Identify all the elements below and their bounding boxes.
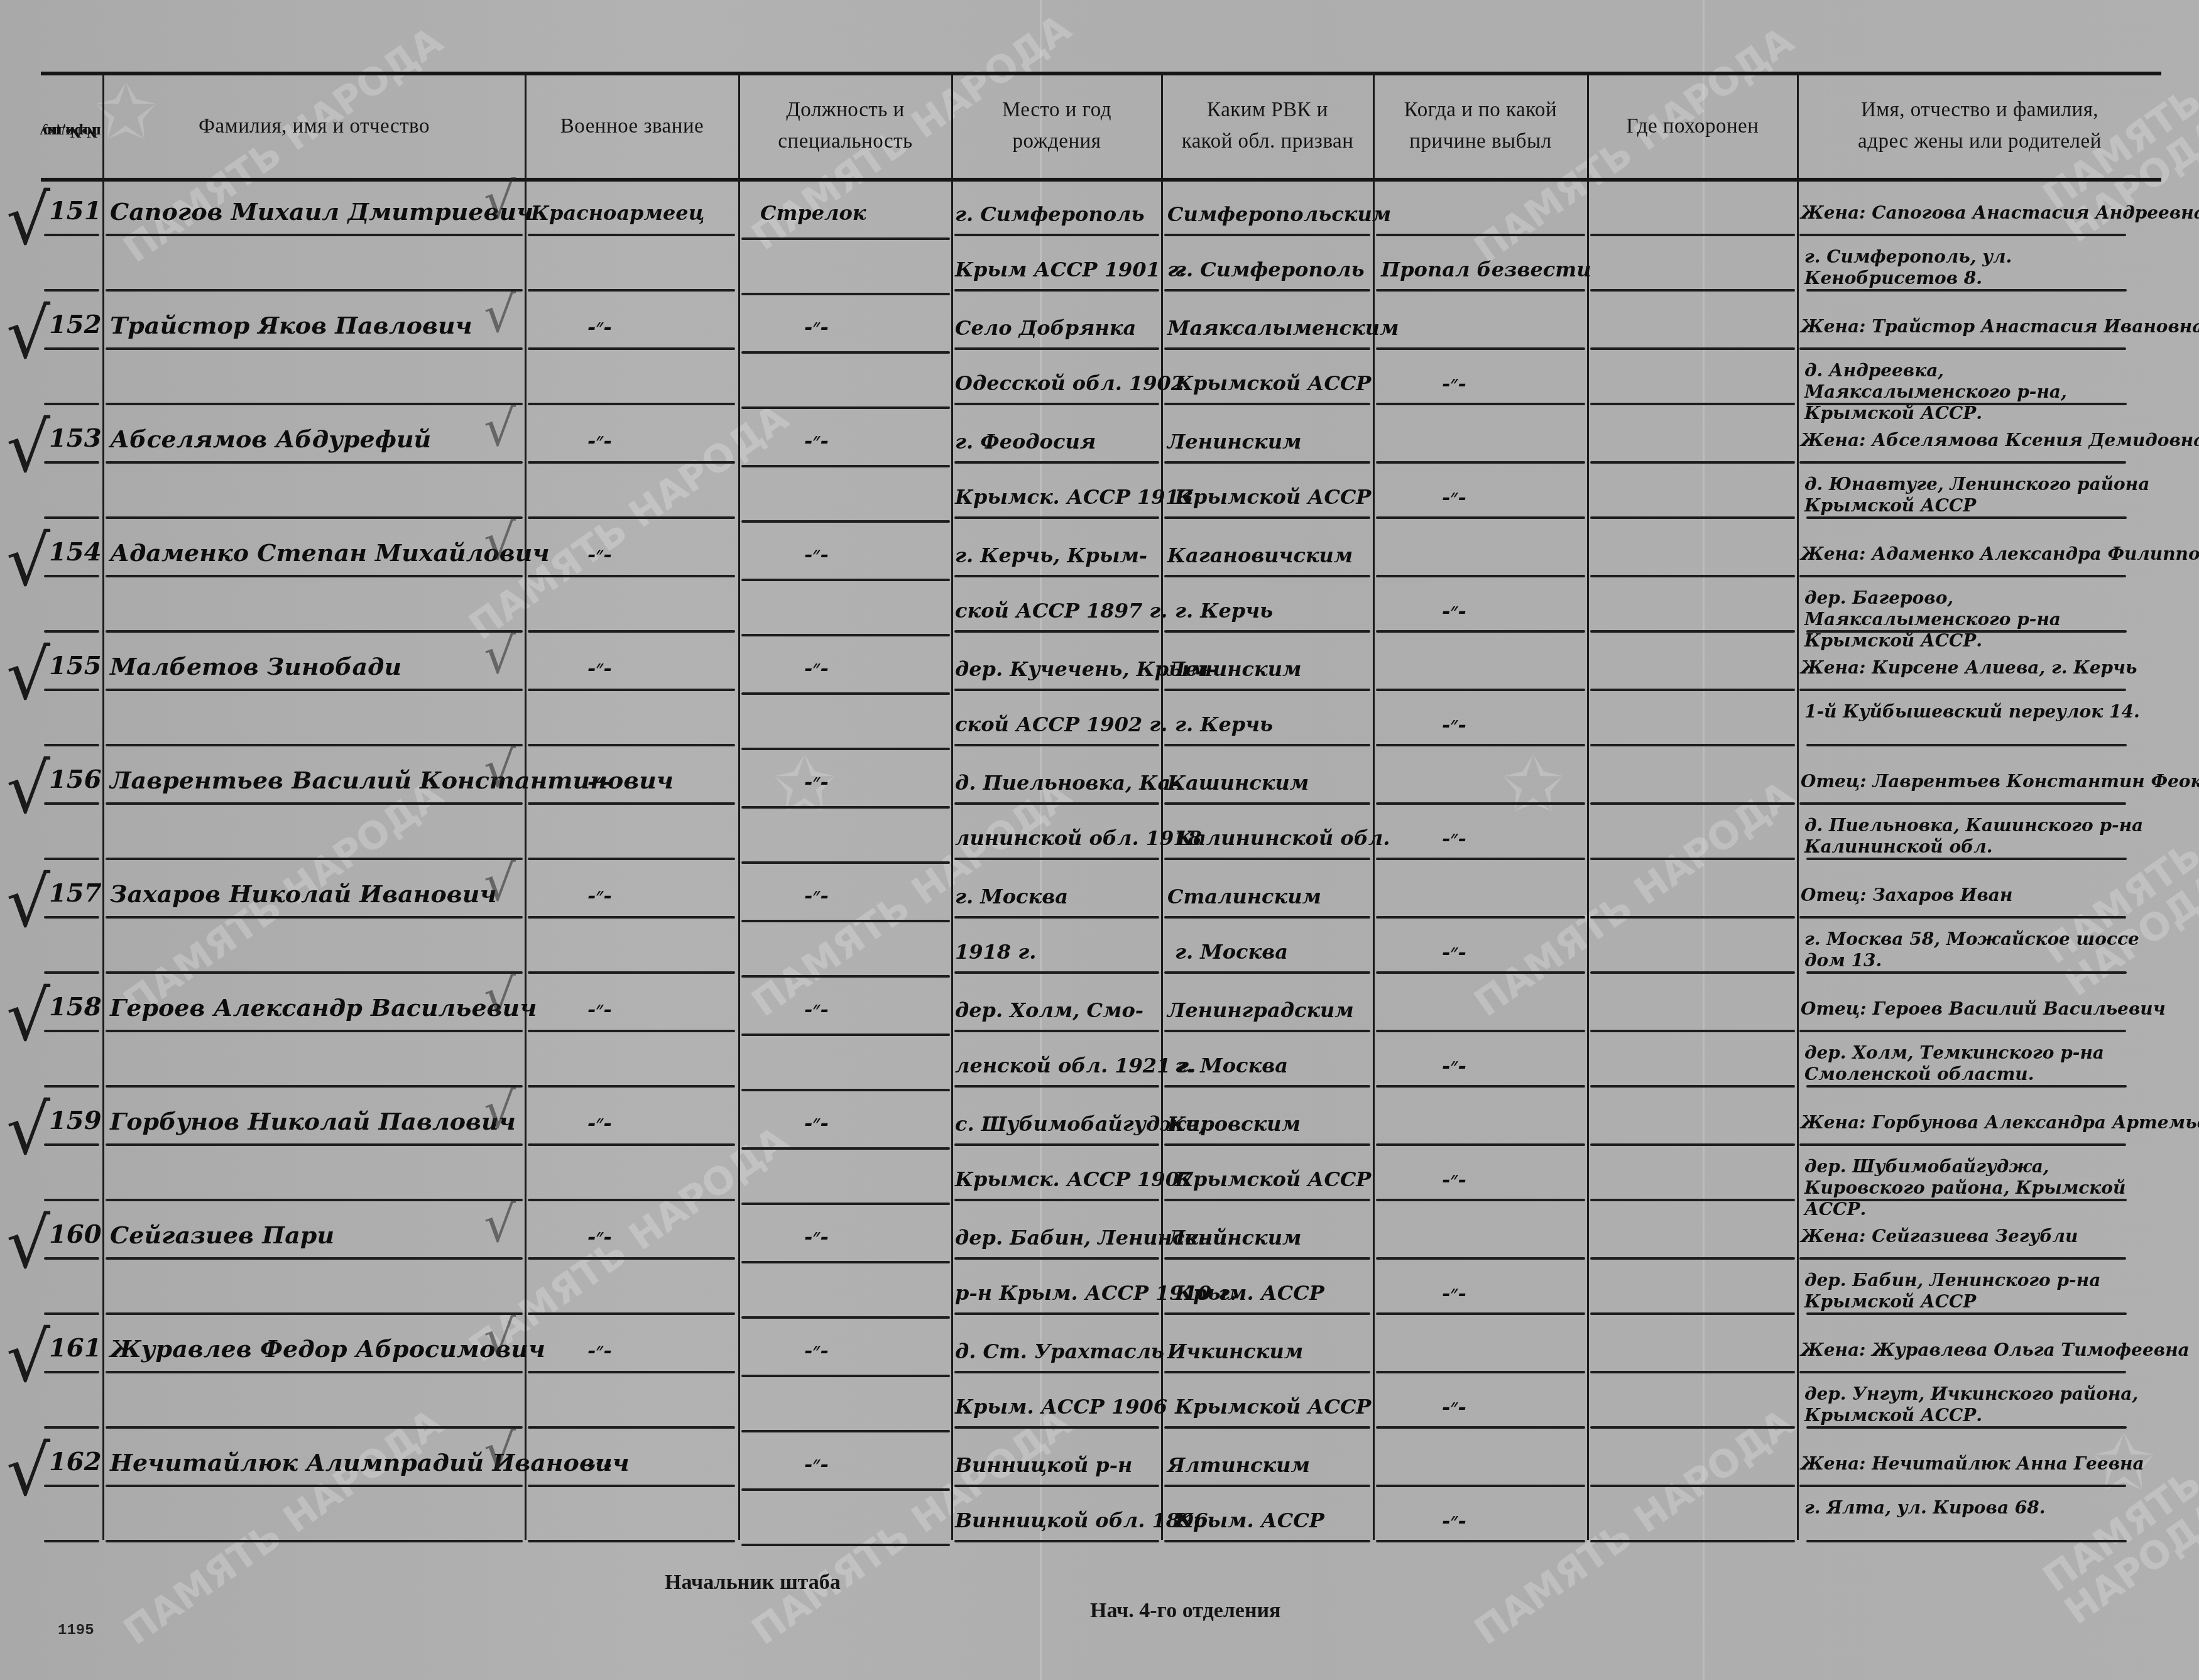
row-underline [954,516,1159,519]
checkmark-icon: √ [6,185,50,254]
row-underline [741,1034,950,1036]
row-underline [528,1485,735,1487]
row-underline [44,858,99,860]
row-underline [1799,916,2126,919]
header-rank: Военное звание [526,111,738,142]
position-value: -״- [804,542,829,566]
row-underline [1164,1371,1370,1373]
position-value: -״- [804,428,829,452]
row-underline [1376,916,1585,919]
header-num: №№ попорядку [39,94,102,170]
rank-value: -״- [587,542,612,566]
checkmark-icon: √ [484,1086,516,1136]
row-underline [741,692,950,695]
row-underline [1164,1085,1370,1088]
header-birth-l2: рождения [952,126,1161,157]
row-underline [106,971,523,974]
row-underline [106,516,523,519]
row-underline [1590,516,1795,519]
row-underline [528,916,735,919]
row-underline [741,1544,950,1546]
row-underline [44,575,99,577]
row-underline [1590,916,1795,919]
position-value: -״- [804,770,829,794]
rvk-region: Крымской АССР [1175,1167,1371,1191]
rvk-district: Кагановичским [1167,543,1353,567]
rvk-district: Ленинским [1167,430,1301,454]
row-underline [528,403,735,405]
rvk-region: Крымской АССР [1175,485,1371,509]
position-value: -״- [804,656,829,680]
row-underline [528,1371,735,1373]
row-underline [741,861,950,864]
record-number: 152 [49,310,102,339]
when-value: -״- [1442,599,1466,623]
rank-value: -״- [587,656,612,680]
soldier-name: Журавлев Федор Абросимович [110,1334,545,1363]
position-value: -״- [804,1225,829,1248]
checkmark-icon: √ [6,981,50,1050]
row-underline [1376,516,1585,519]
row-underline [1164,1485,1370,1487]
checkmark-icon: √ [6,640,50,709]
row-underline [1376,1312,1585,1315]
column-divider [738,73,740,1540]
birth-year: ской АССР 1902 г. [955,712,1167,736]
row-underline [741,920,950,922]
position-value: -״- [804,1338,829,1362]
rvk-region: г. Керчь [1175,712,1273,736]
row-underline [741,1316,950,1319]
soldier-name: Горбунов Николай Павлович [110,1107,516,1135]
position-value: -״- [804,315,829,339]
row-underline [741,293,950,295]
rvk-district: Ленинским [1167,657,1301,681]
row-underline [1590,575,1795,577]
record-number: 158 [49,992,102,1022]
row-underline [1164,347,1370,350]
header-when-l1: Когда и по какой [1374,94,1587,126]
row-underline [528,971,735,974]
rvk-district: Маяксалыменским [1167,316,1399,340]
checkmark-icon: √ [6,413,50,482]
when-value: -״- [1442,940,1466,964]
row-underline [106,1312,523,1315]
row-underline [106,1371,523,1373]
row-underline [1164,744,1370,746]
row-underline [1799,575,2126,577]
row-underline [1376,403,1585,405]
rank-value: -״- [587,428,612,452]
position-value: Стрелок [760,201,866,225]
row-underline [528,1143,735,1146]
header-buried: Где похоронен [1588,111,1797,142]
record-number: 153 [49,423,102,453]
family-address: дер. Шубимобайгуджа, Кировского района, … [1804,1156,2156,1220]
row-underline [1376,575,1585,577]
row-underline [1799,1030,2126,1032]
row-underline [1590,1485,1795,1487]
page-number: 1195 [58,1622,94,1639]
row-underline [528,1540,735,1542]
checkmark-icon: √ [484,290,516,340]
row-underline [106,1257,523,1260]
row-underline [528,289,735,292]
birth-year: ленской обл. 1921 г. [955,1054,1196,1077]
watermark: ПАМЯТЬ НАРОДА [117,1403,449,1652]
row-underline [106,1143,523,1146]
row-underline [1164,630,1370,633]
row-underline [1164,689,1370,691]
row-underline [1590,1371,1795,1373]
row-underline [1806,1312,2127,1315]
when-value: -״- [1442,826,1466,850]
row-underline [1799,1485,2126,1487]
row-underline [44,1485,99,1487]
row-underline [106,1199,523,1201]
row-underline [1376,858,1585,860]
when-value: -״- [1442,1508,1466,1532]
rank-value: -״- [587,883,612,907]
row-underline [1806,744,2127,746]
row-underline [1164,289,1370,292]
row-underline [1376,689,1585,691]
row-underline [1164,971,1370,974]
row-underline [44,689,99,691]
row-underline [1806,403,2127,405]
row-underline [1806,858,2127,860]
row-underline [1164,1540,1370,1542]
when-value: Пропал безвести [1381,258,1591,281]
family-address: г. Ялта, ул. Кирова 68. [1804,1497,2156,1519]
checkmark-icon: √ [484,858,516,908]
checkmark-icon: √ [6,1095,50,1164]
row-underline [1590,347,1795,350]
row-underline [528,1085,735,1088]
row-underline [1376,1540,1585,1542]
row-underline [954,1485,1159,1487]
row-underline [1376,744,1585,746]
family-name: Жена: Трайстор Анастасия Ивановна [1801,316,2199,337]
row-underline [44,516,99,519]
rvk-district: Ялтинским [1167,1453,1310,1477]
row-underline [1806,1085,2127,1088]
row-underline [1799,461,2126,464]
row-underline [106,575,523,577]
row-underline [528,1312,735,1315]
watermark: ПАМЯТЬ НАРОДА [2036,1463,2199,1632]
rank-value: -״- [587,315,612,339]
row-underline [106,916,523,919]
row-underline [44,1199,99,1201]
footer-dept-head: Нач. 4-го отделения [1090,1599,1281,1623]
row-underline [44,1426,99,1429]
row-underline [1799,1143,2126,1146]
birth-place: г. Керчь, Крым- [955,543,1147,567]
record-number: 162 [49,1447,102,1476]
row-underline [1376,1371,1585,1373]
row-underline [954,575,1159,577]
row-underline [44,403,99,405]
checkmark-icon: √ [484,403,516,454]
birth-year: Одесской обл. 1902 [955,371,1185,395]
rank-value: -״- [587,1452,612,1476]
rvk-region: г. Симферополь [1175,258,1365,281]
rvk-region: г. Керчь [1175,599,1273,623]
header-position: Должность и специальность [739,94,951,157]
rank-value: -״- [587,997,612,1021]
header-rvk: Каким РВК и какой обл. призван [1162,94,1373,157]
row-underline [954,689,1159,691]
birth-year: Крым АССР 1901 г. [955,258,1186,281]
row-underline [528,516,735,519]
row-underline [1164,858,1370,860]
birth-place: г. Москва [955,885,1068,908]
checkmark-icon: √ [484,745,516,795]
row-underline [741,1147,950,1150]
row-underline [1164,1312,1370,1315]
row-underline [1590,1257,1795,1260]
row-underline [741,1430,950,1432]
family-name: Жена: Сапогова Анастасия Андреевна [1801,202,2199,223]
rvk-district: Ленинским [1167,1226,1301,1250]
row-underline [954,1085,1159,1088]
row-underline [44,744,99,746]
position-value: -״- [804,997,829,1021]
row-underline [1376,234,1585,236]
rvk-region: г. Москва [1175,1054,1288,1077]
row-underline [44,461,99,464]
rvk-region: Крымской АССР [1175,371,1371,395]
soldier-name: Сейгазиев Пари [110,1221,334,1249]
watermark-star-icon: ✩ [1502,741,1565,829]
row-underline [741,351,950,354]
column-divider [525,73,527,1540]
soldier-name: Абселямов Абдурефий [110,425,431,453]
row-underline [44,1143,99,1146]
family-address: дер. Холм, Темкинского р-на Смоленской о… [1804,1042,2156,1085]
row-underline [741,406,950,409]
row-underline [954,1540,1159,1542]
row-underline [44,971,99,974]
row-underline [106,1485,523,1487]
row-underline [741,806,950,809]
row-underline [44,1085,99,1088]
row-underline [1376,461,1585,464]
row-underline [44,916,99,919]
family-name: Жена: Кирсене Алиева, г. Керчь [1801,657,2137,678]
header-birth-l1: Место и год [952,94,1161,126]
row-underline [528,1426,735,1429]
when-value: -״- [1442,371,1466,395]
row-underline [1590,971,1795,974]
rvk-region: Калининской обл. [1175,826,1390,850]
watermark: ПАМЯТЬ НАРОДА [1468,775,1800,1023]
row-underline [1806,1540,2127,1542]
checkmark-icon: √ [484,517,516,567]
row-underline [1376,630,1585,633]
row-underline [954,630,1159,633]
row-underline [1590,1030,1795,1032]
family-name: Жена: Нечитайлюк Анна Геевна [1801,1453,2144,1474]
row-underline [954,1199,1159,1201]
row-underline [1590,403,1795,405]
record-number: 151 [49,196,102,226]
family-address: г. Симферополь, ул. Кенобрисетов 8. [1804,246,2156,289]
row-underline [741,465,950,467]
header-name: Фамилия, имя и отчество [104,111,525,142]
rvk-region: г. Москва [1175,940,1288,964]
checkmark-icon: √ [484,972,516,1022]
record-number: 155 [49,651,102,680]
table-header-rule [41,178,2161,182]
row-underline [106,630,523,633]
row-underline [1164,802,1370,805]
row-underline [1590,689,1795,691]
row-underline [528,575,735,577]
family-address: д. Андреевка, Маяксалыменского р-на, Кры… [1804,360,2156,424]
header-family: Имя, отчество и фамилия, адрес жены или … [1798,94,2161,157]
row-underline [528,347,735,350]
row-underline [1164,916,1370,919]
row-underline [106,1426,523,1429]
checkmark-icon: √ [484,1313,516,1363]
row-underline [1590,234,1795,236]
row-underline [1806,971,2127,974]
row-underline [1799,1257,2126,1260]
row-underline [44,289,99,292]
row-underline [44,1257,99,1260]
row-underline [741,237,950,240]
when-value: -״- [1442,1281,1466,1305]
checkmark-icon: √ [6,526,50,596]
family-address: дер. Бабин, Ленинского р-на Крымской АСС… [1804,1270,2156,1312]
row-underline [106,689,523,691]
row-underline [1376,289,1585,292]
row-underline [1164,1143,1370,1146]
record-number: 160 [49,1219,102,1249]
family-name: Жена: Адаменко Александра Филипповна [1801,543,2199,564]
row-underline [954,1030,1159,1032]
soldier-name: Трайстор Яков Павлович [110,311,472,339]
birth-place: г. Симферополь [955,202,1145,226]
row-underline [1376,1085,1585,1088]
row-underline [954,289,1159,292]
record-number: 159 [49,1106,102,1135]
row-underline [44,1312,99,1315]
row-underline [44,630,99,633]
row-underline [954,971,1159,974]
birth-year: Крымск. АССР 1913 [955,485,1193,509]
record-number: 154 [49,537,102,567]
family-address: д. Юнавтуге, Ленинского района Крымской … [1804,474,2156,516]
row-underline [1590,858,1795,860]
rank-value: -״- [587,1225,612,1248]
column-divider [1587,73,1589,1540]
row-underline [106,1030,523,1032]
header-position-l2: специальность [739,126,951,157]
row-underline [1164,1426,1370,1429]
record-number: 157 [49,878,102,908]
column-divider [1161,73,1163,1540]
position-value: -״- [804,883,829,907]
header-family-l2: адрес жены или родителей [1798,126,2161,157]
row-underline [44,802,99,805]
record-number: 161 [49,1333,102,1363]
row-underline [954,858,1159,860]
table-top-rule [41,72,2161,75]
row-underline [1376,1485,1585,1487]
column-divider [1797,73,1799,1540]
rank-value: -״- [587,1111,612,1135]
record-number: 156 [49,765,102,794]
row-underline [1376,1199,1585,1201]
row-underline [954,234,1159,236]
row-underline [44,1030,99,1032]
row-underline [741,1488,950,1491]
row-underline [1164,403,1370,405]
row-underline [106,858,523,860]
rvk-region: Крымской АССР [1175,1395,1371,1419]
family-address: дер. Багерово, Маяксалыменского р-на Кры… [1804,587,2156,652]
rank-value: Красноармеец [531,201,704,225]
rank-value: -״- [587,1338,612,1362]
row-underline [741,1203,950,1205]
row-underline [528,1199,735,1201]
family-address: д. Пиельновка, Кашинского р-на Калининск… [1804,815,2156,858]
row-underline [954,916,1159,919]
row-underline [954,403,1159,405]
family-name: Отец: Захаров Иван [1801,885,2012,905]
row-underline [1806,630,2127,633]
row-underline [954,1312,1159,1315]
rvk-region: Крым. АССР [1175,1508,1324,1532]
checkmark-icon: √ [6,754,50,823]
footer-chief-of-staff: Начальник штаба [665,1571,841,1595]
row-underline [1164,1199,1370,1201]
row-underline [741,1375,950,1377]
row-underline [1164,1257,1370,1260]
rvk-district: Сталинским [1167,885,1321,908]
birth-place: г. Феодосия [955,430,1096,454]
row-underline [528,858,735,860]
row-underline [1799,802,2126,805]
row-underline [954,347,1159,350]
row-underline [106,347,523,350]
row-underline [106,1540,523,1542]
row-underline [44,1371,99,1373]
soldier-name: Захаров Николай Иванович [110,880,497,908]
row-underline [1590,1540,1795,1542]
row-underline [1376,1257,1585,1260]
row-underline [1590,802,1795,805]
soldier-name: Малбетов Зинобади [110,652,401,680]
row-underline [1164,1030,1370,1032]
position-value: -״- [804,1452,829,1476]
row-underline [1806,516,2127,519]
row-underline [954,802,1159,805]
family-address: дер. Унгут, Ичкинского района, Крымской … [1804,1383,2156,1426]
row-underline [741,634,950,636]
checkmark-icon: √ [6,1436,50,1505]
checkmark-icon: √ [6,868,50,937]
rank-value: -״- [587,770,612,794]
row-underline [1799,234,2126,236]
header-birth: Место и год рождения [952,94,1161,157]
row-underline [106,403,523,405]
column-divider [951,73,953,1540]
when-value: -״- [1442,1167,1466,1191]
